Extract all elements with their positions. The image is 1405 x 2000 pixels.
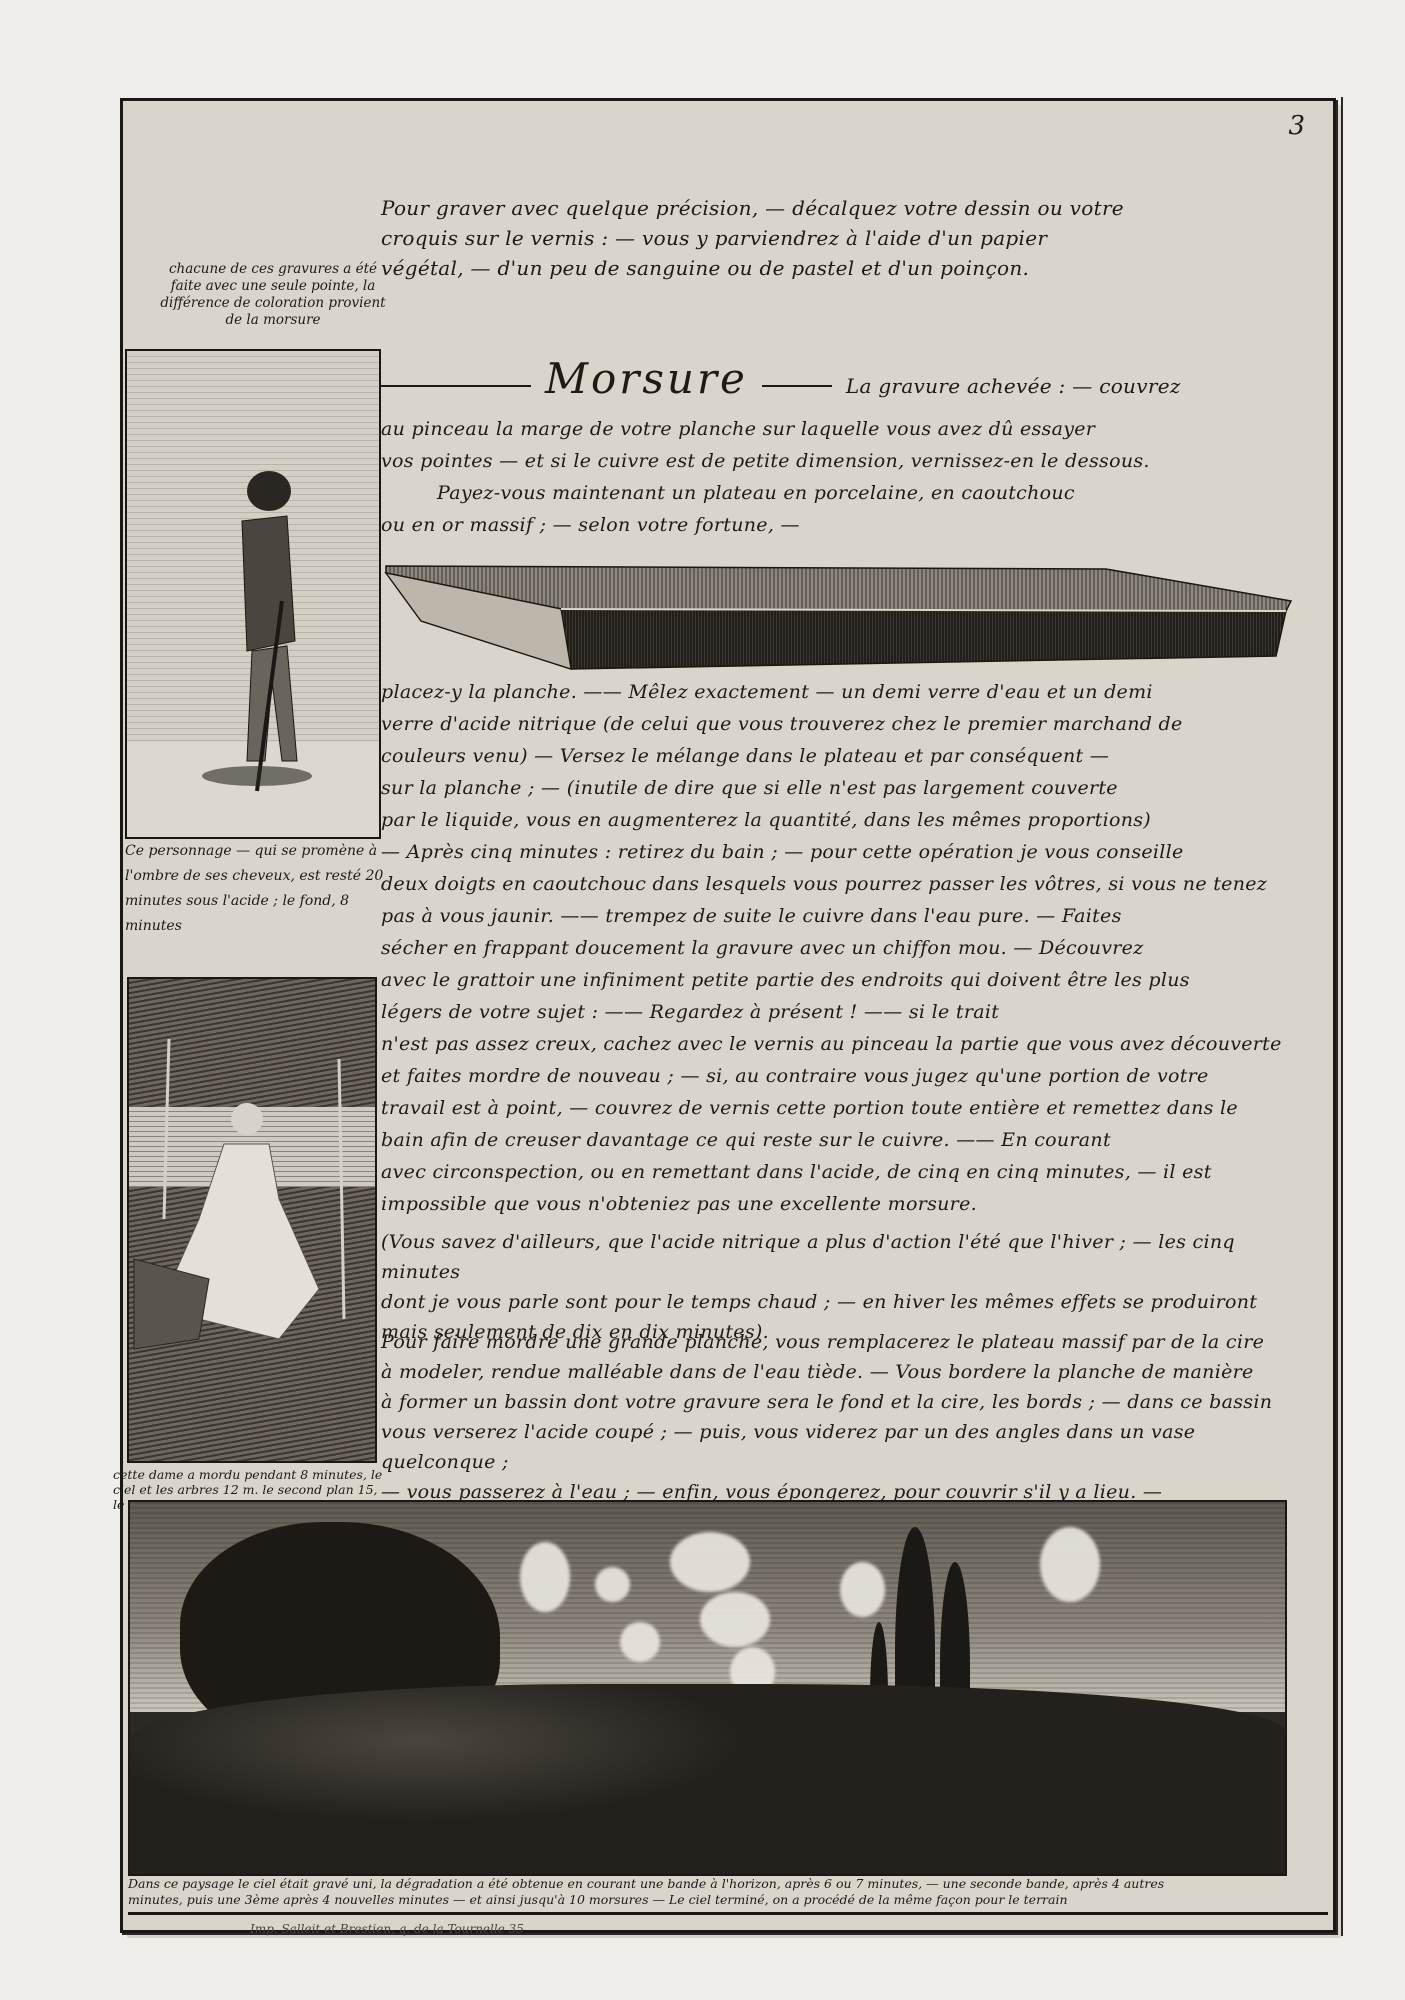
text-line: avec circonspection, ou en remettant dan… xyxy=(381,1156,1311,1188)
text-line: ou en or massif ; — selon votre fortune,… xyxy=(381,509,1311,541)
text-line: — Après cinq minutes : retirez du bain ;… xyxy=(381,836,1311,868)
printer-imprint: Imp. Salleit et Brestien, q. de la Tourn… xyxy=(250,1922,524,1936)
intro-paragraph: Pour graver avec quelque précision, — dé… xyxy=(381,193,1311,283)
woman-in-dress-illustration xyxy=(127,977,377,1463)
cloud xyxy=(840,1562,885,1617)
text-line: (Vous savez d'ailleurs, que l'acide nitr… xyxy=(381,1227,1311,1287)
etching-plate: 3 Pour graver avec quelque précision, — … xyxy=(120,98,1336,1933)
text-line: légers de votre sujet : —— Regardez à pr… xyxy=(381,996,1311,1028)
text-line: verre d'acide nitrique (de celui que vou… xyxy=(381,708,1311,740)
text-line: impossible que vous n'obteniez pas une e… xyxy=(381,1188,1311,1220)
text-line: à modeler, rendue malléable dans de l'ea… xyxy=(381,1357,1311,1387)
paragraph-large-plate: Pour faire mordre une grande planche, vo… xyxy=(381,1327,1311,1507)
text-line: Pour graver avec quelque précision, — dé… xyxy=(381,193,1311,223)
text-line: dont je vous parle sont pour le temps ch… xyxy=(381,1287,1311,1317)
text-line: n'est pas assez creux, cachez avec le ve… xyxy=(381,1028,1311,1060)
text-line: placez-y la planche. —— Mêlez exactement… xyxy=(381,676,1311,708)
text-line: couleurs venu) — Versez le mélange dans … xyxy=(381,740,1311,772)
text-line: croquis sur le vernis : — vous y parvien… xyxy=(381,223,1311,253)
caption-man: Ce personnage — qui se promène à l'ombre… xyxy=(125,839,387,939)
decorative-rule xyxy=(762,385,832,387)
cloud xyxy=(700,1592,770,1647)
text-line: pas à vous jaunir. —— trempez de suite l… xyxy=(381,900,1311,932)
text-line: deux doigts en caoutchouc dans lesquels … xyxy=(381,868,1311,900)
cloud xyxy=(595,1567,630,1602)
text-line: avec le grattoir une infiniment petite p… xyxy=(381,964,1311,996)
text-line: sécher en frappant doucement la gravure … xyxy=(381,932,1311,964)
text-line: au pinceau la marge de votre planche sur… xyxy=(381,413,1311,445)
cloud xyxy=(520,1542,570,1612)
paragraph-varnish: au pinceau la marge de votre planche sur… xyxy=(381,413,1311,541)
text-line: bain afin de creuser davantage ce qui re… xyxy=(381,1124,1311,1156)
decorative-rule xyxy=(381,385,531,387)
cloud xyxy=(670,1532,750,1592)
text-line: travail est à point, — couvrez de vernis… xyxy=(381,1092,1311,1124)
page-number: 3 xyxy=(1288,111,1305,141)
side-note-single-point: chacune de ces gravures a été faite avec… xyxy=(153,261,393,329)
text-line: végétal, — d'un peu de sanguine ou de pa… xyxy=(381,253,1311,283)
acid-tray-illustration xyxy=(381,561,1296,671)
cloud xyxy=(1040,1527,1100,1602)
landscape-illustration xyxy=(128,1500,1287,1876)
text-line: à former un bassin dont votre gravure se… xyxy=(381,1387,1311,1417)
man-with-cane-illustration xyxy=(125,349,381,839)
section-title: Morsure xyxy=(545,363,748,395)
section-lead: La gravure achevée : — couvrez xyxy=(846,370,1181,402)
text-line: vous verserez l'acide coupé ; — puis, vo… xyxy=(381,1417,1311,1477)
landscape-hills xyxy=(130,1684,1285,1874)
walking-man-figure xyxy=(187,461,327,801)
section-heading-row: Morsure La gravure achevée : — couvrez xyxy=(381,363,1311,402)
text-line: Payez-vous maintenant un plateau en porc… xyxy=(381,477,1311,509)
landscape-caption: Dans ce paysage le ciel était gravé uni,… xyxy=(128,1876,1328,1915)
cloud xyxy=(620,1622,660,1662)
text-line: Dans ce paysage le ciel était gravé uni,… xyxy=(128,1876,1328,1892)
text-line: sur la planche ; — (inutile de dire que … xyxy=(381,772,1311,804)
text-line: et faites mordre de nouveau ; — si, au c… xyxy=(381,1060,1311,1092)
text-line: vos pointes — et si le cuivre est de pet… xyxy=(381,445,1311,477)
woman-figure xyxy=(129,979,375,1461)
text-line: Pour faire mordre une grande planche, vo… xyxy=(381,1327,1311,1357)
text-line: minutes, puis une 3ème après 4 nouvelles… xyxy=(128,1892,1328,1908)
text-line: par le liquide, vous en augmenterez la q… xyxy=(381,804,1311,836)
paragraph-acid-bath: placez-y la planche. —— Mêlez exactement… xyxy=(381,676,1311,1220)
